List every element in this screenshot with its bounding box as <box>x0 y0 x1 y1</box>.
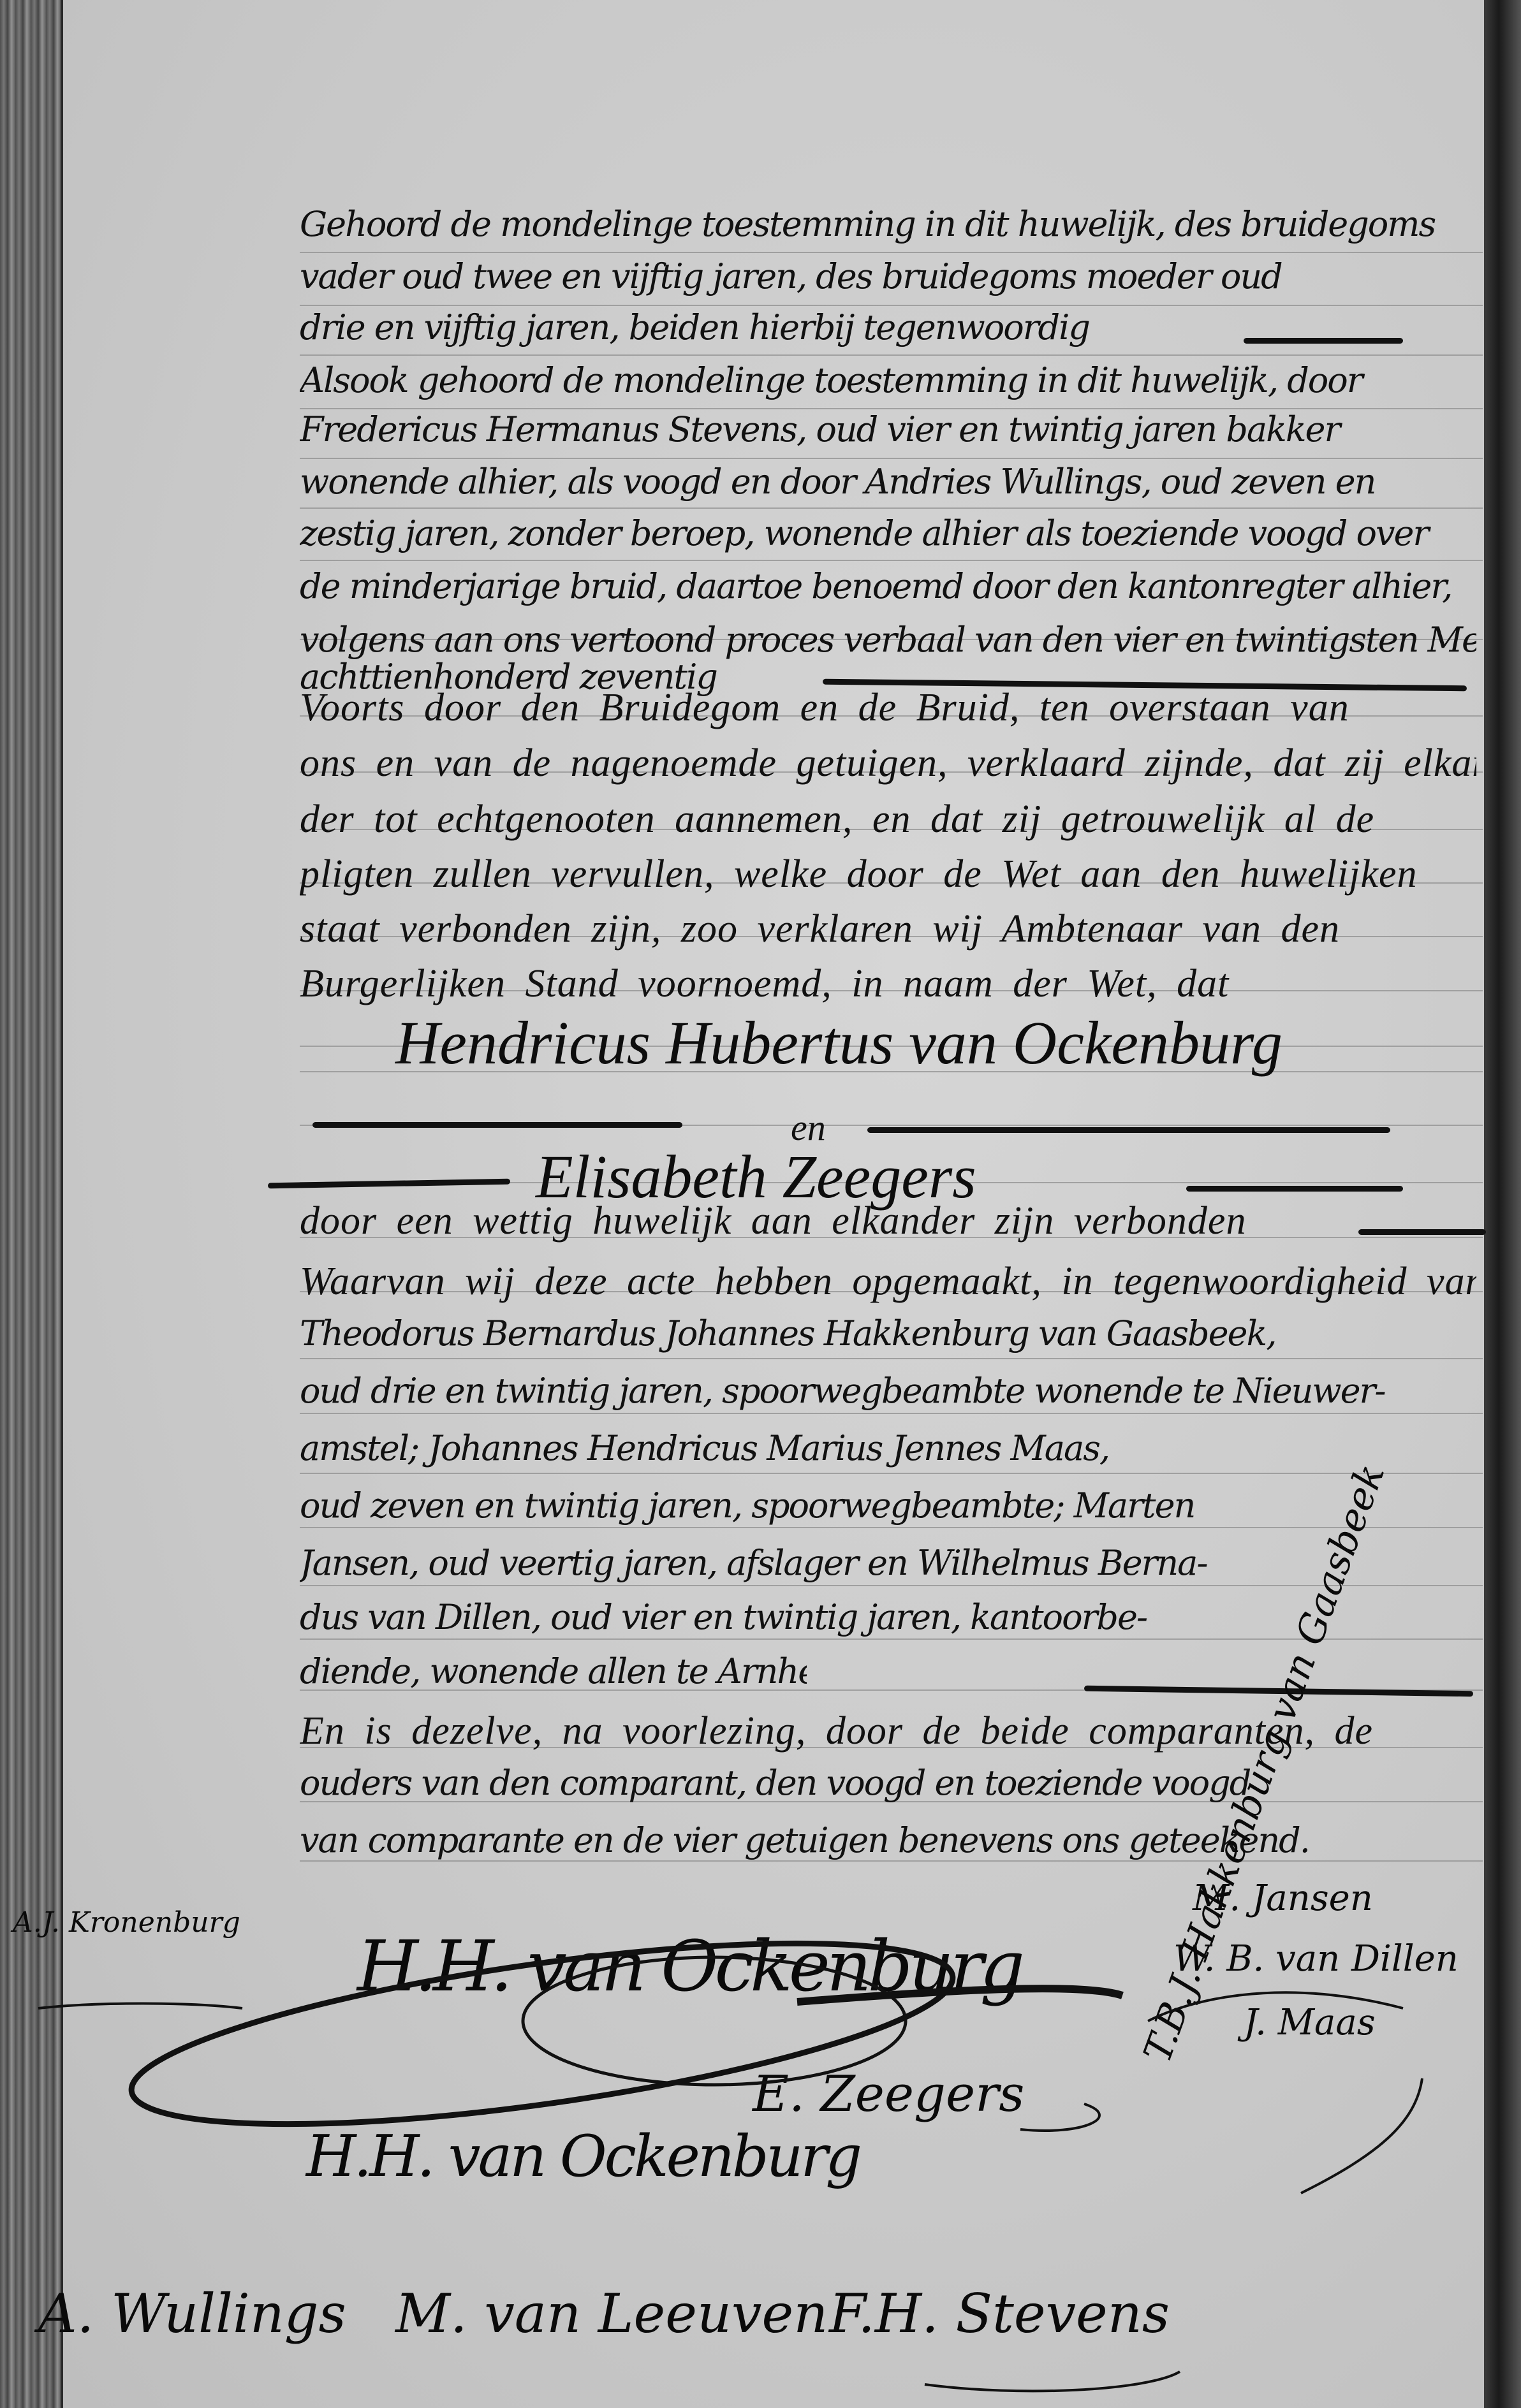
form-text-line: Voorts door den Bruidegom en de Bruid, t… <box>300 685 1476 731</box>
line-filler-dash <box>1186 1186 1403 1192</box>
groom-name: Hendricus Hubertus van Ockenburg <box>395 1007 1282 1078</box>
signature-guardian-stevens: F.H. Stevens <box>829 2282 1170 2345</box>
text-line: Alsook gehoord de mondelinge toestemming… <box>300 360 1476 400</box>
ruled-line <box>300 458 1483 459</box>
text-line: amstel; Johannes Hendricus Marius Jennes… <box>300 1428 1476 1468</box>
ruled-line <box>300 1860 1483 1862</box>
text-line: diende, wonende allen te Arnhem <box>300 1651 807 1691</box>
text-line: volgens aan ons vertoond proces verbaal … <box>300 620 1476 660</box>
signature-groom: H.H. van Ockenburg <box>306 2123 860 2190</box>
binding-edge <box>61 0 63 2408</box>
text-line: vader oud twee en vijftig jaren, des bru… <box>300 256 1476 296</box>
text-line: Jansen, oud veertig jaren, afslager en W… <box>300 1543 1476 1583</box>
signature-bride: E. Zeegers <box>753 2066 1024 2123</box>
signature-guardian-wullings: A. Wullings <box>38 2282 346 2345</box>
signature-margin: A.J. Kronenburg <box>13 1906 240 1939</box>
text-line: wonende alhier, als voogd en door Andrie… <box>300 462 1476 502</box>
text-line: zestig jaren, zonder beroep, wonende alh… <box>300 513 1476 553</box>
form-text-line: Waarvan wij deze acte hebben opgemaakt, … <box>300 1259 1476 1304</box>
form-text-line: staat verbonden zijn, zoo verklaren wij … <box>300 907 1476 952</box>
document-page: Gehoord de mondelinge toestemming in dit… <box>0 0 1521 2408</box>
page-right-edge <box>1484 0 1521 2408</box>
ruled-line <box>300 560 1483 561</box>
ruled-line <box>300 354 1483 356</box>
ruled-line <box>300 252 1483 253</box>
form-text-line: pligten zullen vervullen, welke door de … <box>300 852 1476 897</box>
ruled-line <box>300 1413 1483 1414</box>
text-line: Gehoord de mondelinge toestemming in dit… <box>300 204 1476 244</box>
form-text-line: door een wettig huwelijk aan elkander zi… <box>300 1199 1253 1244</box>
line-filler-dash <box>1358 1229 1486 1235</box>
text-line: ouders van den comparant, den voogd en t… <box>300 1763 1476 1803</box>
signature-mother: M. van Leeuven <box>395 2282 828 2345</box>
form-text-line: ons en van de nagenoemde getuigen, verkl… <box>300 741 1476 786</box>
ruled-line <box>300 1473 1483 1474</box>
text-line: van comparante en de vier getuigen benev… <box>300 1820 1476 1860</box>
text-line: oud drie en twintig jaren, spoorwegbeamb… <box>300 1371 1476 1411</box>
line-filler-dash <box>867 1127 1390 1133</box>
line-filler-dash <box>312 1122 682 1128</box>
text-line: drie en vijftig jaren, beiden hierbij te… <box>300 307 1202 347</box>
signature-groom-father: H.H. van Ockenburg <box>357 1925 1021 2007</box>
text-line: oud zeven en twintig jaren, spoorwegbeam… <box>300 1485 1476 1526</box>
ruled-line <box>300 1527 1483 1528</box>
text-line: Fredericus Hermanus Stevens, oud vier en… <box>300 409 1476 449</box>
ruled-line <box>300 507 1483 509</box>
ruled-line <box>300 1358 1483 1359</box>
ruled-line <box>300 305 1483 306</box>
text-line: Theodorus Bernardus Johannes Hakkenburg … <box>300 1313 1476 1354</box>
signature-witness-maas: J. Maas <box>1244 2002 1376 2043</box>
book-binding <box>0 0 61 2408</box>
form-text-line: Burgerlijken Stand voornoemd, in naam de… <box>300 961 1476 1007</box>
line-filler-dash <box>1244 338 1403 344</box>
text-line: de minderjarige bruid, daartoe benoemd d… <box>300 566 1476 606</box>
line-filler-dash <box>268 1179 510 1189</box>
form-text-line: der tot echtgenooten aannemen, en dat zi… <box>300 797 1476 842</box>
